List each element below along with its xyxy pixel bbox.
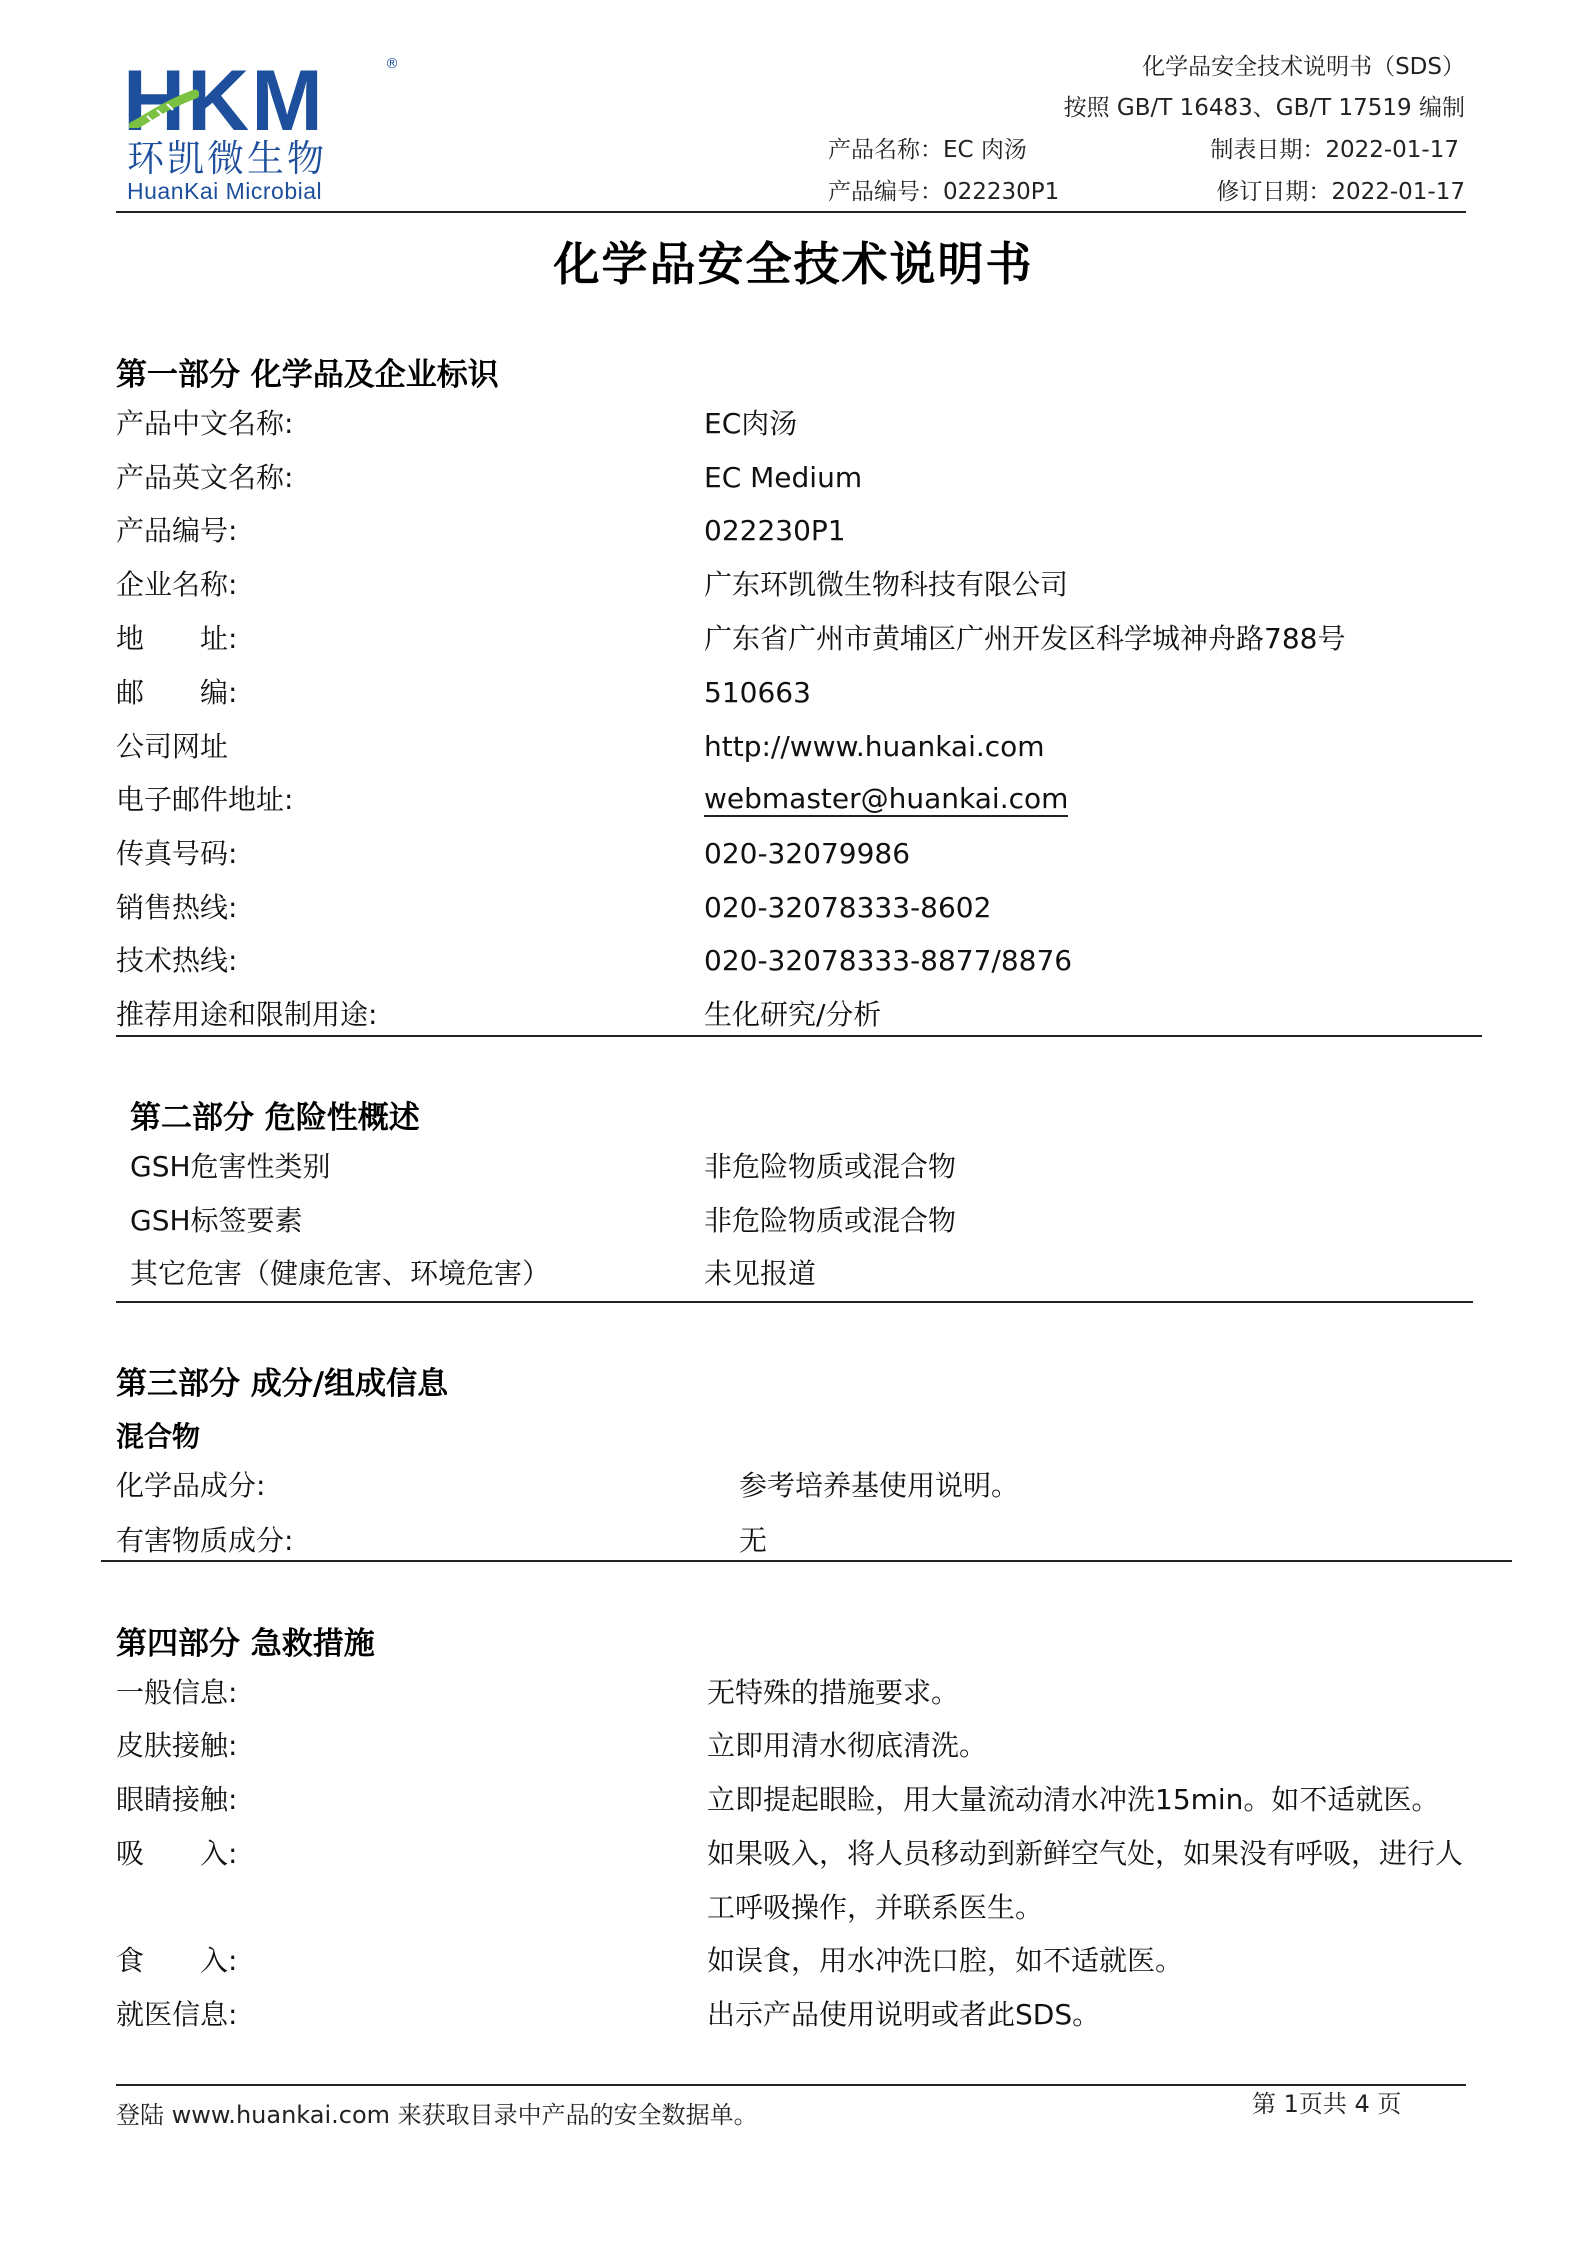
row-label: 眼睛接触: (116, 1783, 237, 1817)
header-product-code: 产品编号：022230P1 (828, 173, 1059, 206)
revised-date-label: 修订日期： (1216, 179, 1331, 205)
product-name-label: 产品名称： (828, 137, 943, 163)
row-value: 出示产品使用说明或者此SDS。 (707, 1998, 1100, 2032)
page-number: 第 1页共 4 页 (1252, 2084, 1401, 2119)
row-value: 立即用清水彻底清洗。 (707, 1729, 987, 1763)
header-created-date: 制表日期：2022-01-17 (1210, 131, 1459, 164)
registered-mark: ® (385, 56, 399, 72)
row-label: 产品中文名称: (116, 407, 293, 441)
label-char: 地 (116, 622, 144, 655)
row-value: EC肉汤 (704, 407, 797, 441)
row-value: 广东环凯微生物科技有限公司 (704, 568, 1068, 602)
row-value: 无特殊的措施要求。 (707, 1676, 959, 1710)
row-label: 其它危害（健康危害、环境危害） (130, 1257, 550, 1291)
row-label: 有害物质成分: (116, 1524, 293, 1558)
row-value: EC Medium (704, 461, 862, 495)
row-value: 未见报道 (704, 1257, 816, 1291)
row-value: 022230P1 (704, 514, 846, 548)
label-char: 入: (200, 1944, 237, 1977)
row-label: 传真号码: (116, 837, 237, 871)
row-value: 020-32078333-8602 (704, 891, 991, 925)
row-label: 产品英文名称: (116, 461, 293, 495)
row-label: 化学品成分: (116, 1469, 265, 1503)
label-char: 邮 (116, 676, 144, 709)
row-label: 销售热线: (116, 891, 237, 925)
label-char: 编: (200, 676, 237, 709)
row-label: 产品编号: (116, 514, 237, 548)
row-label: 皮肤接触: (116, 1729, 237, 1763)
row-value: 参考培养基使用说明。 (739, 1469, 1019, 1503)
label-char: 入: (200, 1837, 237, 1870)
row-label: 就医信息: (116, 1998, 237, 2032)
row-value: 020-32079986 (704, 837, 910, 871)
dna-helix-icon (129, 88, 199, 128)
row-value-continued: 工呼吸操作，并联系医生。 (707, 1891, 1043, 1925)
row-value: 非危险物质或混合物 (704, 1204, 956, 1238)
row-label: GSH标签要素 (130, 1204, 303, 1238)
section-3-divider (101, 1560, 1512, 1562)
website-link[interactable]: http://www.huankai.com (704, 730, 1045, 764)
row-label: 一般信息: (116, 1676, 237, 1710)
header-divider (116, 211, 1466, 213)
row-label: GSH危害性类别 (130, 1150, 331, 1184)
row-value: 如果吸入，将人员移动到新鲜空气处，如果没有呼吸，进行人 (707, 1837, 1463, 1871)
header-standard: 按照 GB/T 16483、GB/T 17519 编制 (1064, 89, 1465, 122)
email-link[interactable]: webmaster@huankai.com (704, 783, 1068, 817)
row-value: 生化研究/分析 (704, 998, 881, 1032)
product-code-value: 022230P1 (943, 179, 1059, 205)
created-date-label: 制表日期： (1210, 137, 1325, 163)
row-label: 企业名称: (116, 568, 237, 602)
footer-note: 登陆 www.huankai.com 来获取目录中产品的安全数据单。 (116, 2095, 758, 2130)
company-logo: HKM ® 环凯微生物 HuanKai Microbial (123, 58, 403, 203)
row-value: 510663 (704, 676, 811, 710)
row-value: 立即提起眼睑，用大量流动清水冲洗15min。如不适就医。 (707, 1783, 1439, 1817)
label-char: 吸 (116, 1837, 144, 1870)
section-2-heading: 第二部分 危险性概述 (130, 1092, 420, 1137)
row-label: 推荐用途和限制用途: (116, 998, 377, 1032)
row-label: 公司网址 (116, 730, 228, 764)
section-2-divider (116, 1301, 1473, 1303)
row-label: 吸入: (116, 1837, 237, 1871)
row-label: 电子邮件地址: (116, 783, 293, 817)
product-name-value: EC 肉汤 (943, 137, 1027, 163)
row-value: 020-32078333-8877/8876 (704, 944, 1072, 978)
row-label: 技术热线: (116, 944, 237, 978)
row-label: 食入: (116, 1944, 237, 1978)
mixture-subheading: 混合物 (116, 1415, 200, 1455)
row-value: 非危险物质或混合物 (704, 1150, 956, 1184)
section-1-divider (116, 1035, 1482, 1037)
row-label: 邮编: (116, 676, 237, 710)
row-value: 无 (739, 1524, 767, 1558)
section-4-heading: 第四部分 急救措施 (116, 1618, 375, 1663)
label-char: 址: (200, 622, 237, 655)
section-3-heading: 第三部分 成分/组成信息 (116, 1358, 448, 1403)
header-revised-date: 修订日期：2022-01-17 (1216, 173, 1465, 206)
row-label: 地址: (116, 622, 237, 656)
header-product-name: 产品名称：EC 肉汤 (828, 131, 1027, 164)
logo-chinese-name: 环凯微生物 (127, 138, 327, 180)
label-char: 食 (116, 1944, 144, 1977)
revised-date-value: 2022-01-17 (1331, 179, 1465, 205)
row-value: 如误食，用水冲洗口腔，如不适就医。 (707, 1944, 1183, 1978)
logo-english-name: HuanKai Microbial (127, 178, 322, 205)
section-1-heading: 第一部分 化学品及企业标识 (116, 349, 499, 394)
product-code-label: 产品编号： (828, 179, 943, 205)
header-doc-type: 化学品安全技术说明书（SDS） (1142, 48, 1465, 81)
row-value: 广东省广州市黄埔区广州开发区科学城神舟路788号 (704, 622, 1345, 656)
page-title: 化学品安全技术说明书 (0, 228, 1587, 294)
created-date-value: 2022-01-17 (1325, 137, 1459, 163)
